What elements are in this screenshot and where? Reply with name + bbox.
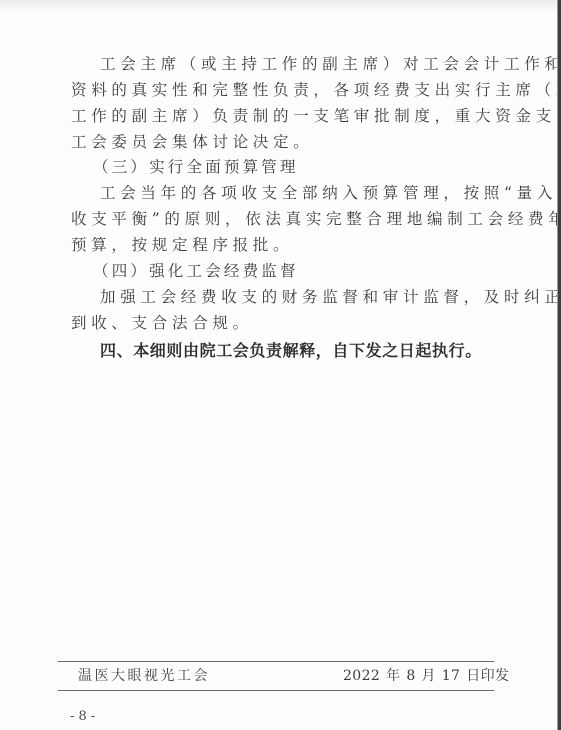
paragraph-1-line-2: 资料的真实性和完整性负责，各项经费支出实行主席（或主持 [71, 80, 561, 100]
paragraph-2-line-1: 工会当年的各项收支全部纳入预算管理，按照“量入为出， [100, 183, 561, 203]
footer-bottom-rule [58, 690, 494, 691]
footer-issue-date: 2022 年 8 月 17 日印发 [343, 667, 509, 685]
paragraph-1-line-4: 工会委员会集体讨论决定。 [71, 132, 313, 152]
section-four-statement: 四、本细则由院工会负责解释，自下发之日起执行。 [100, 341, 482, 361]
subheading-fund-supervision: （四）强化工会经费监督 [93, 261, 299, 281]
footer-top-rule [58, 661, 494, 662]
paragraph-3-line-1: 加强工会经费收支的财务监督和审计监督，及时纠正，做 [100, 287, 561, 307]
subheading-budget-management: （三）实行全面预算管理 [93, 157, 299, 177]
footer-organization: 温医大眼视光工会 [78, 667, 210, 685]
page-number: - 8 - [70, 709, 95, 725]
paragraph-1-line-1: 工会主席（或主持工作的副主席）对工会会计工作和会计 [100, 54, 561, 74]
viewer-edge-border [557, 0, 561, 730]
document-page: 工会主席（或主持工作的副主席）对工会会计工作和会计 资料的真实性和完整性负责，各… [0, 0, 557, 730]
paragraph-2-line-2: 收支平衡”的原则，依法真实完整合理地编制工会经费年度收支 [71, 209, 561, 229]
paragraph-2-line-3: 预算，按规定程序报批。 [71, 235, 293, 255]
paragraph-3-line-2: 到收、支合法合规。 [71, 313, 253, 333]
paragraph-1-line-3: 工作的副主席）负责制的一支笔审批制度，重大资金支出实行 [71, 106, 561, 126]
